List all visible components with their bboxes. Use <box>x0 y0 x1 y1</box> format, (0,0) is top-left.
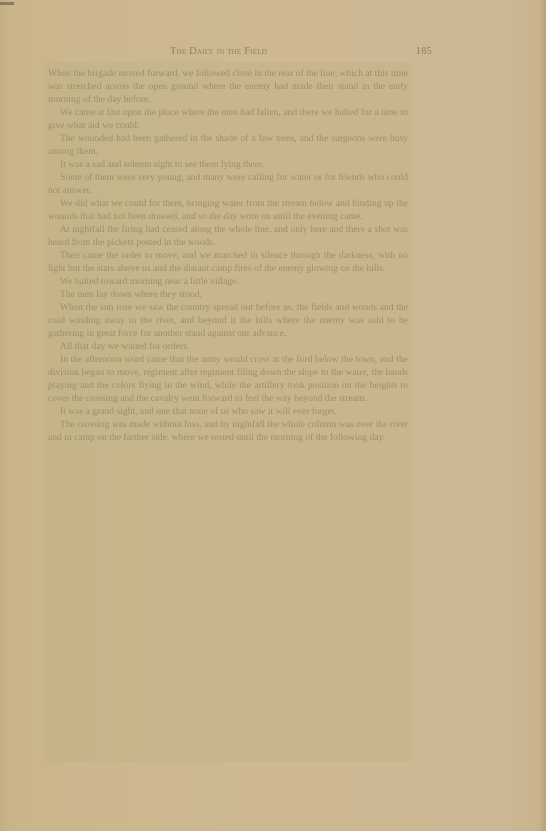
paragraph: In the afternoon word came that the army… <box>48 353 408 405</box>
paragraph: We halted toward morning near a little v… <box>48 275 408 288</box>
paragraph: Some of them were very young, and many w… <box>48 171 408 197</box>
paragraph: When the brigade moved forward, we follo… <box>48 67 408 106</box>
body-text: When the brigade moved forward, we follo… <box>48 67 408 444</box>
paragraph: At nightfall the firing had ceased along… <box>48 223 408 249</box>
running-head-title: The Daily in the Field <box>170 46 267 57</box>
page-number: 185 <box>416 46 432 57</box>
paragraph: We did what we could for them, bringing … <box>48 197 408 223</box>
running-header: The Daily in the Field 185 <box>48 46 428 62</box>
paragraph: It was a grand sight, and one that none … <box>48 405 408 418</box>
paragraph: The crossing was made without loss, and … <box>48 418 408 444</box>
paragraph: The men lay down where they stood. <box>48 288 408 301</box>
scanned-page: The Daily in the Field 185 When the brig… <box>0 0 546 831</box>
paragraph: When the sun rose we saw the country spr… <box>48 301 408 340</box>
paragraph: It was a sad and solemn sight to see the… <box>48 158 408 171</box>
paragraph: All that day we waited for orders. <box>48 340 408 353</box>
scan-artifact <box>0 2 14 5</box>
binding-shadow <box>0 0 12 831</box>
paragraph: We came at last upon the place where the… <box>48 106 408 132</box>
page-edge <box>540 0 546 831</box>
paragraph: Then came the order to move, and we marc… <box>48 249 408 275</box>
paragraph: The wounded had been gathered in the sha… <box>48 132 408 158</box>
